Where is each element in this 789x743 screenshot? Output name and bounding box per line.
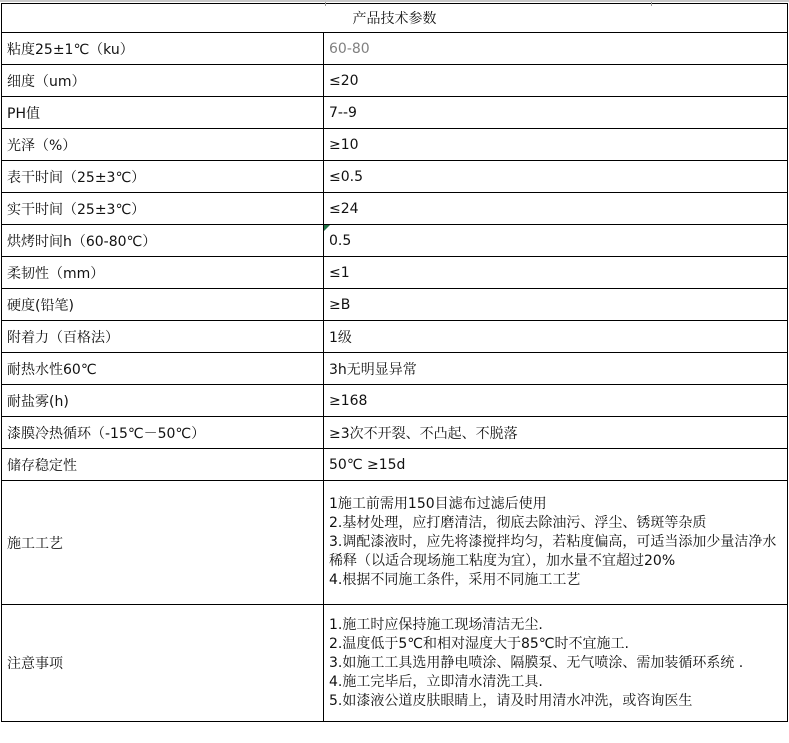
product-specs-table: 产品技术参数 粘度25±1℃（ku） 60-80 细度（um） ≤20 PH值 … xyxy=(1,3,788,722)
param-value: ≥10 xyxy=(324,129,788,161)
param-value: ≤1 xyxy=(324,257,788,289)
param-label: PH值 xyxy=(2,97,324,129)
param-value: 7--9 xyxy=(324,97,788,129)
param-value: ≥168 xyxy=(324,385,788,417)
table-row: 实干时间（25±3℃） ≤24 xyxy=(2,193,788,225)
param-label: 耐热水性60℃ xyxy=(2,353,324,385)
param-value: 3h无明显异常 xyxy=(324,353,788,385)
table-title: 产品技术参数 xyxy=(2,4,788,33)
process-steps: 1施工前需用150目滤布过滤后使用 2.基材处理，应打磨清洁，彻底去除油污、浮尘… xyxy=(324,481,788,605)
param-value: ≥B xyxy=(324,289,788,321)
param-label: 柔韧性（mm） xyxy=(2,257,324,289)
param-label: 实干时间（25±3℃） xyxy=(2,193,324,225)
note-item: 5.如漆液公道皮肤眼睛上，请及时用清水冲洗，或咨询医生 xyxy=(329,692,782,711)
table-header-row: 产品技术参数 xyxy=(2,4,788,33)
table-row: 光泽（%） ≥10 xyxy=(2,129,788,161)
note-item: 1.施工时应保持施工现场清洁无尘. xyxy=(329,616,782,635)
table-row: 耐盐雾(h) ≥168 xyxy=(2,385,788,417)
table-row: 耐热水性60℃ 3h无明显异常 xyxy=(2,353,788,385)
param-label: 光泽（%） xyxy=(2,129,324,161)
process-step: 2.基材处理，应打磨清洁，彻底去除油污、浮尘、锈斑等杂质 xyxy=(329,514,782,533)
param-value-text: 0.5 xyxy=(329,233,351,249)
table-row: 表干时间（25±3℃） ≤0.5 xyxy=(2,161,788,193)
table-row: 柔韧性（mm） ≤1 xyxy=(2,257,788,289)
param-value: ≤0.5 xyxy=(324,161,788,193)
table-row: PH值 7--9 xyxy=(2,97,788,129)
param-value-text: 60-80 xyxy=(329,41,370,57)
table-row: 细度（um） ≤20 xyxy=(2,65,788,97)
table-row: 粘度25±1℃（ku） 60-80 xyxy=(2,33,788,65)
notes-list: 1.施工时应保持施工现场清洁无尘. 2.温度低于5℃和相对湿度大于85℃时不宜施… xyxy=(324,605,788,722)
table-row: 硬度(铅笔) ≥B xyxy=(2,289,788,321)
param-label: 细度（um） xyxy=(2,65,324,97)
table-row: 施工工艺 1施工前需用150目滤布过滤后使用 2.基材处理，应打磨清洁，彻底去除… xyxy=(2,481,788,605)
gridline-tick xyxy=(325,2,326,6)
table-row: 烘烤时间h（60-80℃） 0.5 xyxy=(2,225,788,257)
table-row: 附着力（百格法） 1级 xyxy=(2,321,788,353)
param-label: 粘度25±1℃（ku） xyxy=(2,33,324,65)
process-step: 3.调配漆液时，应先将漆搅拌均匀，若粘度偏高，可适当添加少量洁净水稀释（以适合现… xyxy=(329,533,782,571)
param-label: 附着力（百格法） xyxy=(2,321,324,353)
cell-flag-triangle-icon xyxy=(324,225,330,231)
table-row: 漆膜冷热循环（-15℃－50℃） ≥3次不开裂、不凸起、不脱落 xyxy=(2,417,788,449)
param-value: 1级 xyxy=(324,321,788,353)
table-row: 注意事项 1.施工时应保持施工现场清洁无尘. 2.温度低于5℃和相对湿度大于85… xyxy=(2,605,788,722)
param-value: ≥3次不开裂、不凸起、不脱落 xyxy=(324,417,788,449)
param-label: 烘烤时间h（60-80℃） xyxy=(2,225,324,257)
param-label: 表干时间（25±3℃） xyxy=(2,161,324,193)
table-row: 储存稳定性 50℃ ≥15d xyxy=(2,449,788,481)
param-value: 50℃ ≥15d xyxy=(324,449,788,481)
process-step: 1施工前需用150目滤布过滤后使用 xyxy=(329,495,782,514)
spreadsheet-gridline-strip xyxy=(0,0,789,3)
param-value: ≤20 xyxy=(324,65,788,97)
param-label: 施工工艺 xyxy=(2,481,324,605)
gridline-tick xyxy=(651,2,652,6)
param-label: 硬度(铅笔) xyxy=(2,289,324,321)
note-item: 4.施工完毕后，立即清水清洗工具. xyxy=(329,673,782,692)
note-item: 2.温度低于5℃和相对湿度大于85℃时不宜施工. xyxy=(329,635,782,654)
note-item: 3.如施工工具选用静电喷涂、隔膜泵、无气喷涂、需加装循环系统 . xyxy=(329,654,782,673)
process-step: 4.根据不同施工条件，采用不同施工工艺 xyxy=(329,571,782,590)
param-value: 60-80 xyxy=(324,33,788,65)
param-value: ≤24 xyxy=(324,193,788,225)
param-label: 注意事项 xyxy=(2,605,324,722)
param-label: 耐盐雾(h) xyxy=(2,385,324,417)
param-label: 储存稳定性 xyxy=(2,449,324,481)
param-label: 漆膜冷热循环（-15℃－50℃） xyxy=(2,417,324,449)
param-value: 0.5 xyxy=(324,225,788,257)
